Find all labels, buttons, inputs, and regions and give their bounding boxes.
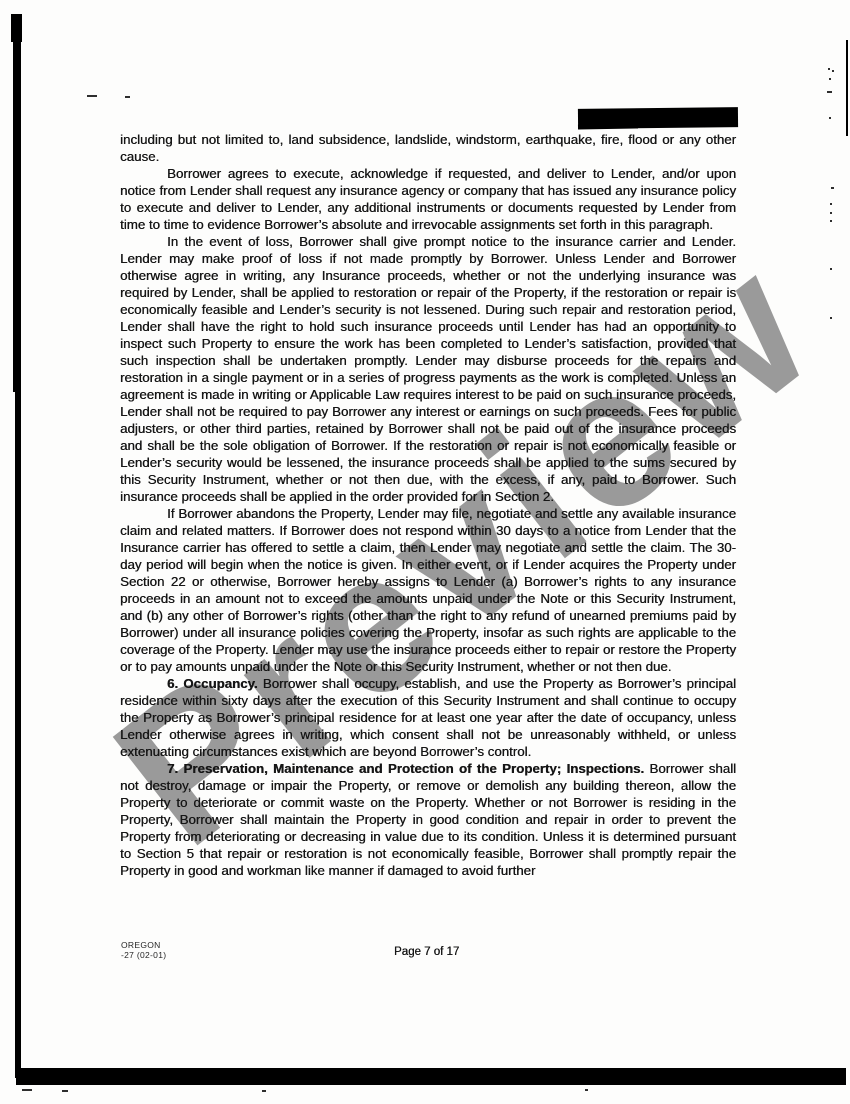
paragraph: Borrower agrees to execute, acknowledge …	[120, 165, 736, 233]
scanned-document-page: Preview including but not limited to, la…	[0, 0, 850, 1104]
form-number: OREGON -27 (02-01)	[121, 941, 166, 960]
scan-mark	[87, 95, 97, 97]
scan-speck	[831, 187, 834, 189]
body-text: including but not limited to, land subsi…	[120, 131, 736, 879]
scan-speck	[22, 1089, 32, 1091]
scan-speck	[830, 212, 832, 214]
redaction-bar-edge	[578, 123, 638, 129]
paragraph-continuation: including but not limited to, land subsi…	[120, 131, 736, 165]
scan-artifact-bottom-bar	[16, 1068, 846, 1085]
paragraph-text: including but not limited to, land subsi…	[120, 132, 736, 164]
paragraph: In the event of loss, Borrower shall giv…	[120, 233, 736, 505]
scan-speck	[829, 78, 831, 80]
scan-speck	[830, 317, 832, 319]
scan-speck	[262, 1090, 266, 1092]
paragraph-text: If Borrower abandons the Property, Lende…	[120, 506, 736, 674]
scan-mark	[125, 96, 130, 98]
scan-speck	[585, 1089, 588, 1091]
paragraph-text: Borrower agrees to execute, acknowledge …	[120, 166, 736, 232]
scan-speck	[830, 203, 832, 205]
scan-speck	[832, 70, 834, 72]
page-indicator: Page 7 of 17	[394, 946, 459, 958]
section-heading: 6. Occupancy.	[167, 676, 258, 691]
scan-speck	[830, 220, 832, 222]
scan-speck	[829, 117, 831, 119]
paragraph-section-6-occupancy: 6. Occupancy. Borrower shall occupy, est…	[120, 675, 736, 760]
scan-speck	[828, 68, 830, 70]
scan-artifact-right-edge-line	[846, 40, 848, 136]
paragraph: If Borrower abandons the Property, Lende…	[120, 505, 736, 675]
paragraph-text: In the event of loss, Borrower shall giv…	[120, 234, 736, 504]
paragraph-text: Borrower shall not destroy, damage or im…	[120, 761, 736, 878]
paragraph-section-7-preservation: 7. Preservation, Maintenance and Protect…	[120, 760, 736, 879]
scan-artifact-left-bar-upper	[13, 14, 21, 392]
scan-speck	[830, 268, 832, 270]
section-heading: 7. Preservation, Maintenance and Protect…	[167, 761, 644, 776]
scan-speck	[827, 91, 832, 93]
form-number-code: -27 (02-01)	[121, 951, 166, 961]
scan-artifact-left-bar-lower	[15, 390, 21, 1078]
scan-speck	[62, 1090, 68, 1092]
